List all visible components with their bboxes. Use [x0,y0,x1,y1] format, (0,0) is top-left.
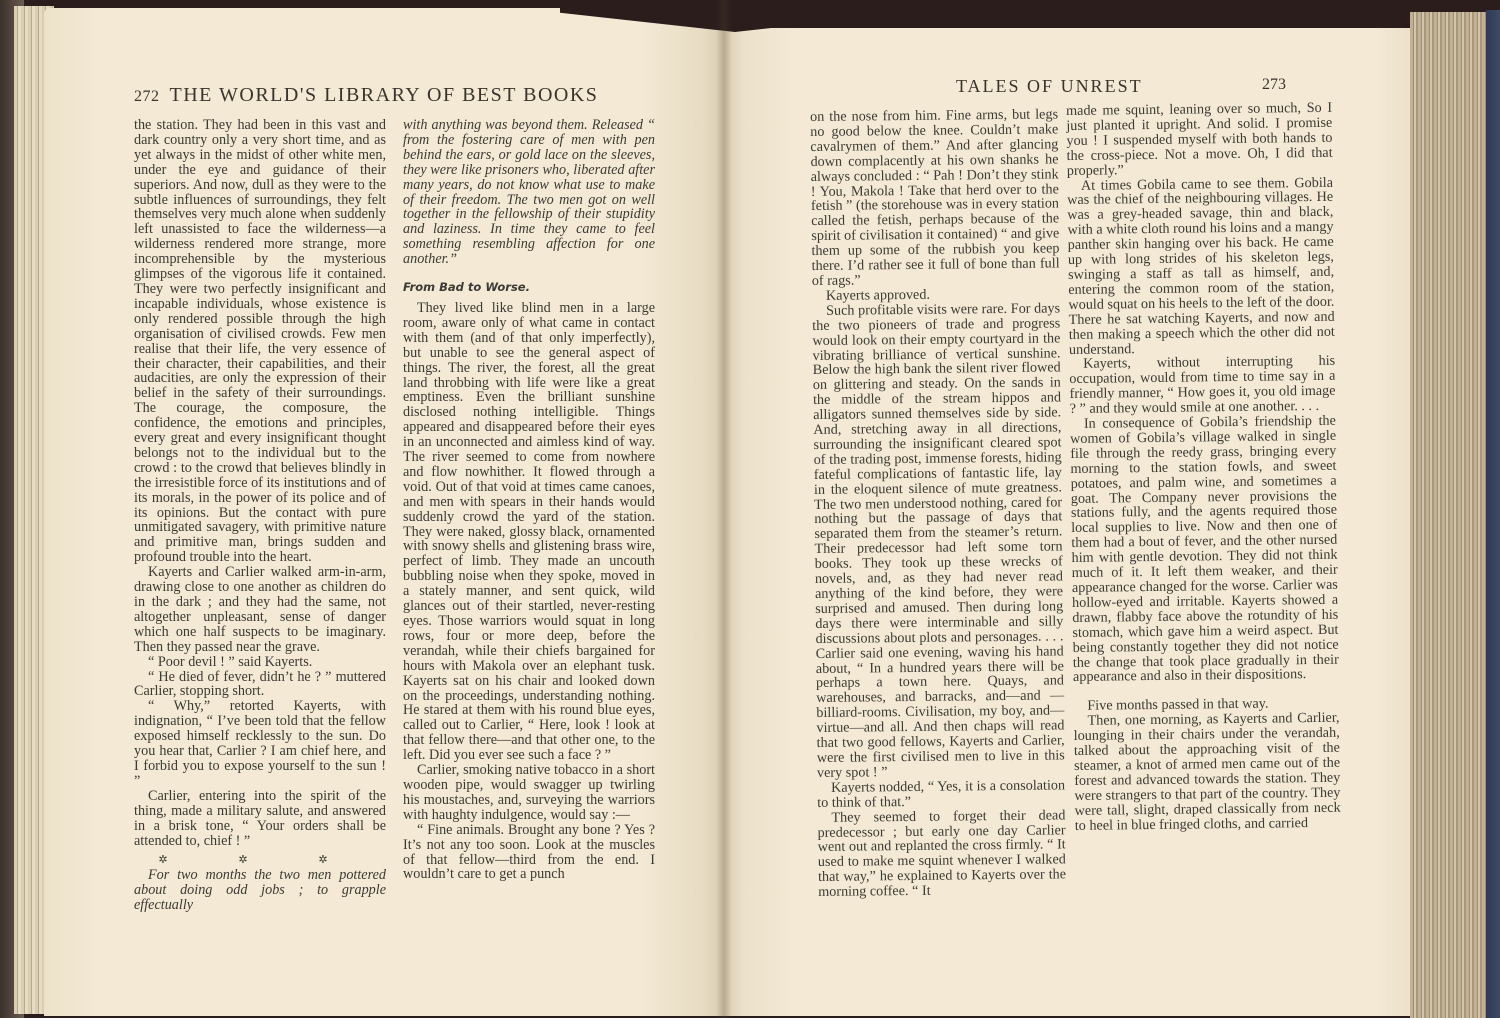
paragraph: Then, one morning, as Kayerts and Carlie… [1073,711,1340,833]
open-book: 272THE WORLD'S LIBRARY OF BEST BOOKS TAL… [0,0,1500,1018]
paragraph: Kayerts, without interrupting his occupa… [1069,354,1336,417]
page-edges-right [1410,12,1488,1018]
page-number-left: 272 [134,88,160,105]
paragraph: At times Gobila came to see them. Gobila… [1067,175,1335,357]
italic-paragraph: For two months the two men pottered abou… [134,868,386,913]
paragraph: “ Why,” retorted Kayerts, with indignati… [134,699,386,788]
text-column-1: the station. They had been in this vast … [134,118,386,913]
paragraph: Kayerts nodded, “ Yes, it is a consolati… [817,778,1065,810]
running-head-title-right: TALES OF UNREST [956,76,1143,97]
gutter-shadow [716,0,732,1018]
section-break-asterisks: ✲ ✲ ✲ [134,853,386,868]
book-cover-right [1486,10,1500,1018]
text-column-4: made me squint, leaning over so much, So… [1066,101,1341,834]
paragraph: Carlier, smoking native tobacco in a sho… [403,763,655,823]
paragraph: In consequence of Gobila’s friendship th… [1070,414,1339,686]
paragraph: made me squint, leaning over so much, So… [1066,101,1333,179]
left-running-head: 272THE WORLD'S LIBRARY OF BEST BOOKS [134,84,674,107]
page-number-right: 273 [1262,76,1286,94]
paragraph: Such profitable visits were rare. For da… [812,301,1065,781]
paragraph: the station. They had been in this vast … [134,118,386,565]
section-heading: From Bad to Worse. [403,280,655,295]
running-head-title-left: THE WORLD'S LIBRARY OF BEST BOOKS [170,84,599,106]
paragraph: Carlier, entering into the spirit of the… [134,789,386,849]
italic-paragraph: with anything was beyond them. Released … [403,118,655,267]
paragraph: “ Poor devil ! ” said Kayerts. [134,655,386,670]
text-column-3: on the nose from him. Fine arms, but leg… [810,107,1066,900]
paragraph: Kayerts and Carlier walked arm-in-arm, d… [134,565,386,654]
paragraph: “ He died of fever, didn’t he ? ” mutter… [134,670,386,700]
paragraph: “ Fine animals. Brought any bone ? Yes ?… [403,823,655,883]
paragraph: on the nose from him. Fine arms, but leg… [810,107,1060,288]
text-column-2: with anything was beyond them. Released … [403,118,655,882]
paragraph: They seemed to forget their dead predece… [817,808,1066,900]
paragraph: They lived like blind men in a large roo… [403,301,655,763]
